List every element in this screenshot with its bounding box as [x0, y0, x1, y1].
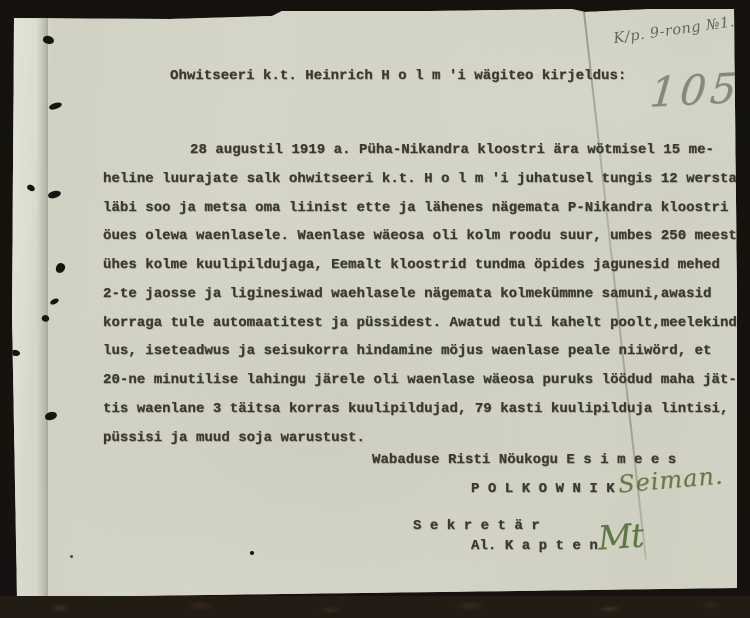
body-line: korraga tule automaatitest ja püssidest.…: [103, 309, 750, 338]
body-line: ühes kolme kuulipildujaga, Eemalt kloost…: [103, 251, 750, 280]
body-line: läbi soo ja metsa oma liinist ette ja lä…: [103, 194, 750, 223]
ink-dot: [250, 551, 254, 555]
document-title: Ohwitseeri k.t. Heinrich H o l m 'i wägi…: [170, 68, 626, 84]
punch-hole: [48, 102, 62, 111]
punch-hole: [45, 411, 58, 421]
body-line: 2-te jaosse ja liginesiwad waehlasele nä…: [103, 280, 750, 309]
body-line: 20-ne minutilise lahingu järele oli waen…: [103, 366, 750, 395]
ink-dot: [70, 555, 73, 558]
punch-hole: [47, 190, 61, 199]
handwritten-registry-number: 1051.: [648, 61, 750, 116]
signature-issuer-line: Wabaduse Risti Nöukogu E s i m e e s: [372, 452, 676, 468]
body-paragraph: 28 augustil 1919 a. Püha-Nikandra kloost…: [103, 136, 750, 452]
table-surface: [0, 596, 750, 618]
body-line: tis waenlane 3 täitsa korras kuulipilduj…: [103, 395, 750, 424]
photograph-of-document: { "document": { "annotations": { "corner…: [0, 0, 750, 618]
body-line: püssisi ja muud soja warustust.: [103, 424, 750, 453]
left-fold-crease: [10, 5, 48, 601]
body-line: öues olewa waenlasele. Waenlase wäeosa o…: [103, 222, 750, 251]
body-line: 28 augustil 1919 a. Püha-Nikandra kloost…: [103, 136, 750, 165]
secretary-name-line: Al. K a p t e n: [471, 538, 598, 554]
secretary-signature: Mt: [597, 515, 645, 557]
punch-hole: [55, 262, 66, 273]
paper-document: Ohwitseeri k.t. Heinrich H o l m 'i wägi…: [10, 5, 740, 601]
signature-rank-line: P O L K O W N I K: [471, 481, 615, 497]
body-line: lus, iseteadwus ja seisukorra hindamine …: [103, 337, 750, 366]
body-line: heline luurajate salk ohwitseeri k.t. H …: [103, 165, 750, 194]
ink-spot: [49, 298, 59, 306]
handwritten-corner-note: K/p. 9-rong №1.: [613, 11, 750, 47]
secretary-title-line: S e k r e t ä r: [413, 518, 540, 534]
